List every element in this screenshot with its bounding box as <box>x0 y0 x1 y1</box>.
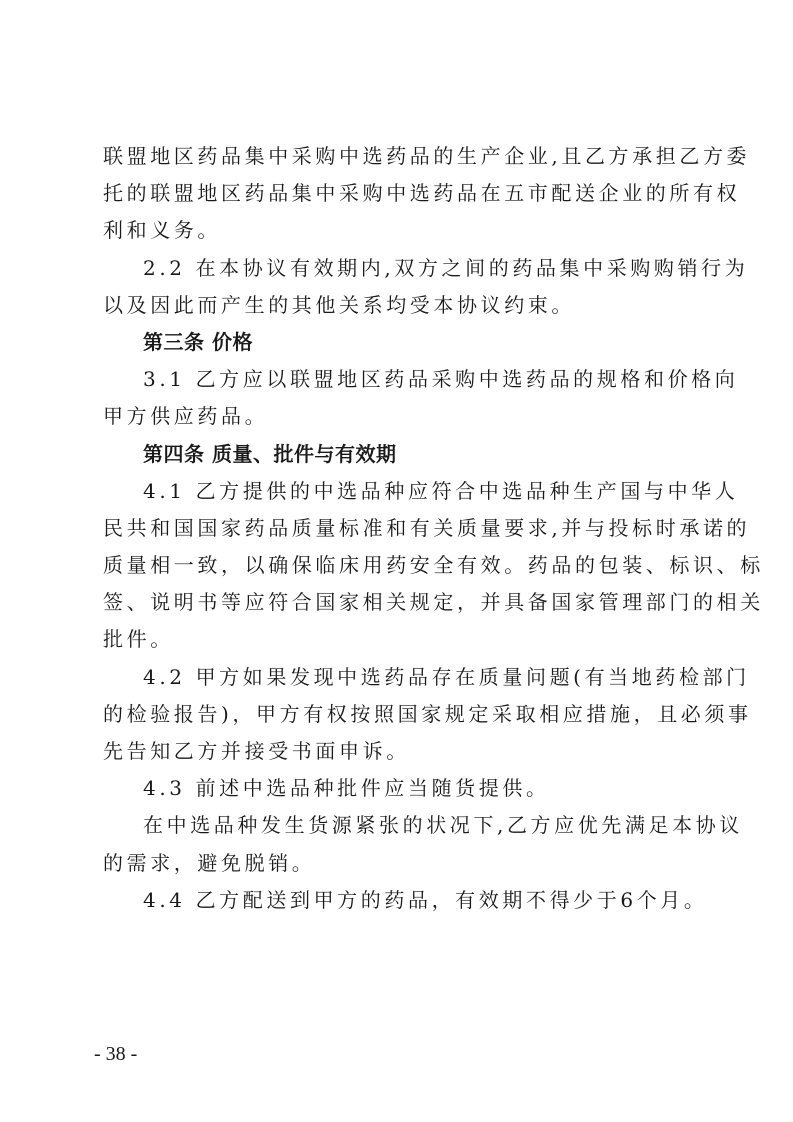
text-line: 甲方供应药品。 <box>103 398 693 435</box>
text-line: 4.2 甲方如果发现中选药品存在质量问题(有当地药检部门 <box>103 659 693 696</box>
text-line: 以及因此而产生的其他关系均受本协议约束。 <box>103 287 693 324</box>
document-page: 联盟地区药品集中采购中选药品的生产企业,且乙方承担乙方委 托的联盟地区药品集中采… <box>0 0 793 1122</box>
text-line: 3.1 乙方应以联盟地区药品采购中选药品的规格和价格向 <box>103 361 693 398</box>
paragraph-4-2: 4.2 甲方如果发现中选药品存在质量问题(有当地药检部门 的检验报告)，甲方有权… <box>103 659 693 771</box>
text-line: 4.4 乙方配送到甲方的药品，有效期不得少于6个月。 <box>103 882 693 919</box>
article-3-heading: 第三条 价格 <box>103 324 693 361</box>
paragraph-4-1: 4.1 乙方提供的中选品种应符合中选品种生产国与中华人 民共和国国家药品质量标准… <box>103 473 693 659</box>
paragraph-4-4: 4.4 乙方配送到甲方的药品，有效期不得少于6个月。 <box>103 882 693 919</box>
text-line: 2.2 在本协议有效期内,双方之间的药品集中采购购销行为 <box>103 250 693 287</box>
page-number: - 38 - <box>94 1043 137 1066</box>
text-line: 质量相一致，以确保临床用药安全有效。药品的包装、标识、标 <box>103 547 693 584</box>
paragraph-2-1-continuation: 联盟地区药品集中采购中选药品的生产企业,且乙方承担乙方委 托的联盟地区药品集中采… <box>103 138 693 250</box>
text-line: 利和义务。 <box>103 212 693 249</box>
paragraph-3-1: 3.1 乙方应以联盟地区药品采购中选药品的规格和价格向 甲方供应药品。 <box>103 361 693 435</box>
text-line: 批件。 <box>103 621 693 658</box>
text-line: 先告知乙方并接受书面申诉。 <box>103 733 693 770</box>
article-4-heading: 第四条 质量、批件与有效期 <box>103 436 693 473</box>
text-line: 联盟地区药品集中采购中选药品的生产企业,且乙方承担乙方委 <box>103 138 693 175</box>
text-line: 4.3 前述中选品种批件应当随货提供。 <box>103 770 693 807</box>
text-line: 的检验报告)，甲方有权按照国家规定采取相应措施，且必须事 <box>103 696 693 733</box>
text-line: 托的联盟地区药品集中采购中选药品在五市配送企业的所有权 <box>103 175 693 212</box>
text-line: 在中选品种发生货源紧张的状况下,乙方应优先满足本协议 <box>103 807 693 844</box>
paragraph-4-3: 4.3 前述中选品种批件应当随货提供。 <box>103 770 693 807</box>
text-line: 民共和国国家药品质量标准和有关质量要求,并与投标时承诺的 <box>103 510 693 547</box>
paragraph-2-2: 2.2 在本协议有效期内,双方之间的药品集中采购购销行为 以及因此而产生的其他关… <box>103 250 693 324</box>
text-line: 4.1 乙方提供的中选品种应符合中选品种生产国与中华人 <box>103 473 693 510</box>
text-line: 的需求，避免脱销。 <box>103 845 693 882</box>
paragraph-4-3-supply: 在中选品种发生货源紧张的状况下,乙方应优先满足本协议 的需求，避免脱销。 <box>103 807 693 881</box>
text-line: 签、说明书等应符合国家相关规定，并具备国家管理部门的相关 <box>103 584 693 621</box>
document-body: 联盟地区药品集中采购中选药品的生产企业,且乙方承担乙方委 托的联盟地区药品集中采… <box>103 138 693 919</box>
